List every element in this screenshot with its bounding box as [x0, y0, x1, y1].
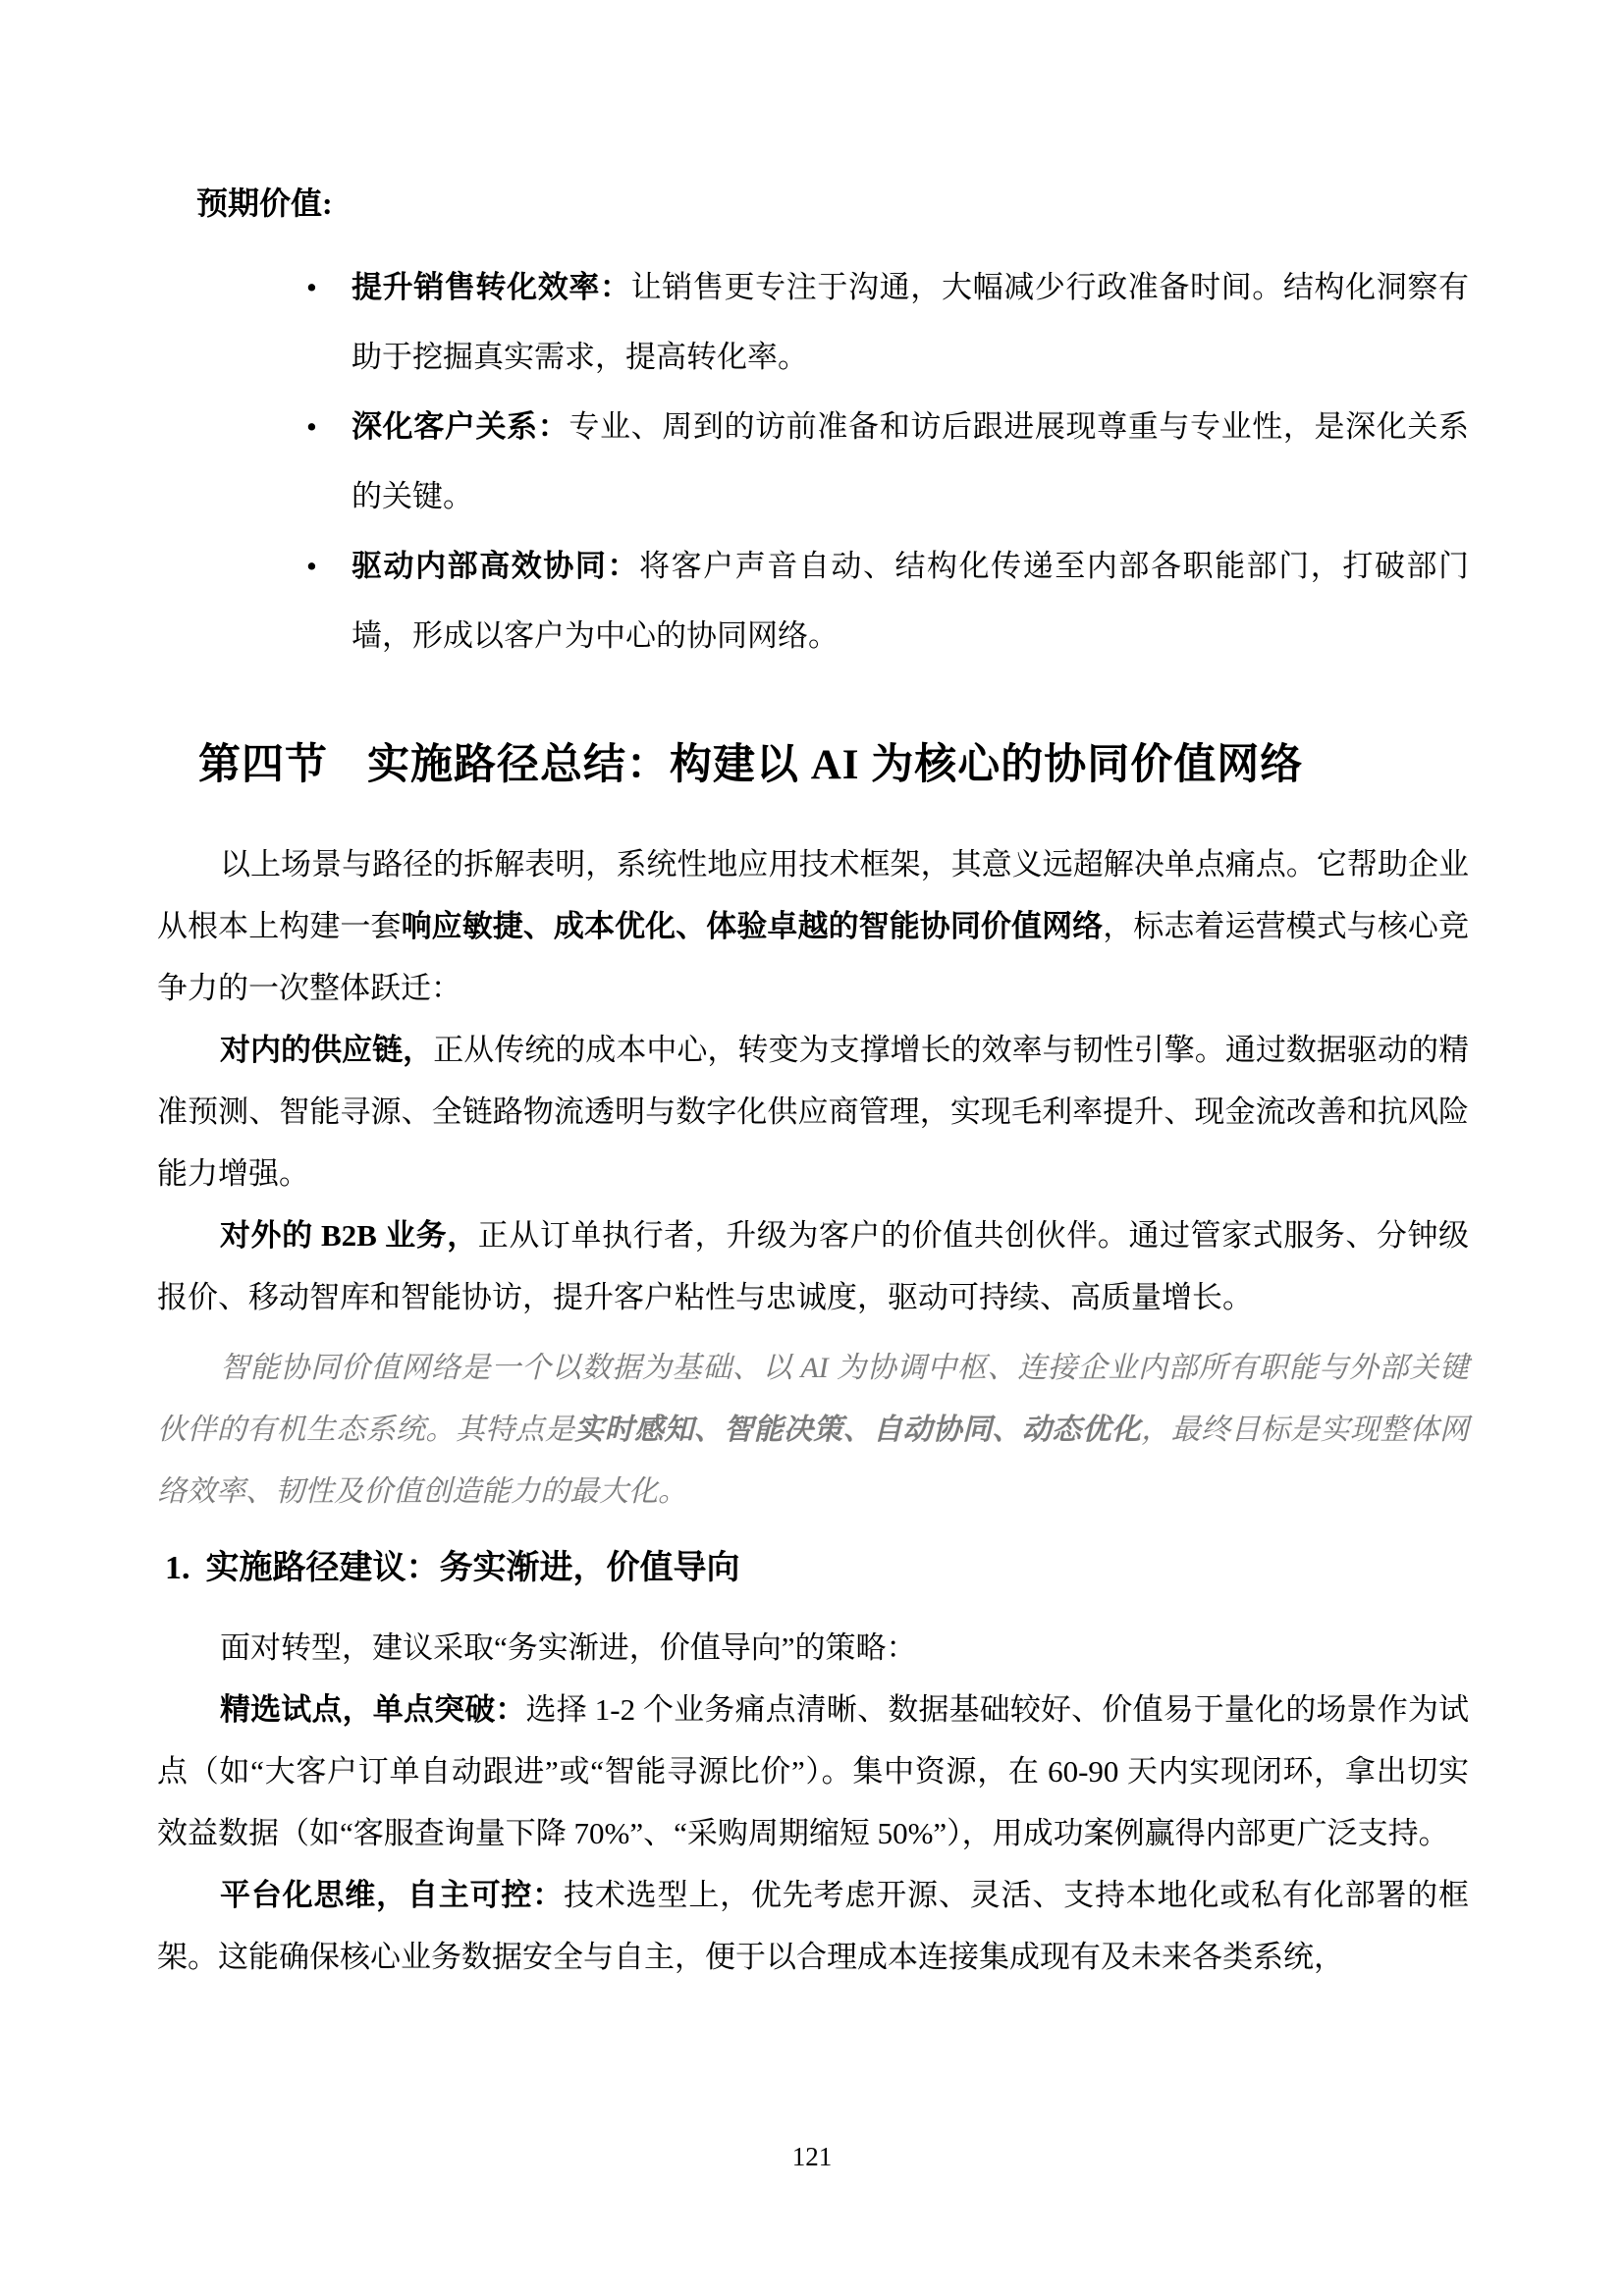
paragraph-platform: 平台化思维，自主可控：技术选型上，优先考虑开源、灵活、支持本地化或私有化部署的框… [157, 1864, 1469, 1988]
expected-value-heading: 预期价值: [157, 182, 1469, 225]
bullet-marker: • [157, 531, 352, 670]
section-number: 第四节 [198, 742, 328, 788]
document-page: 预期价值: • 提升销售转化效率：让销售更专注于沟通，大幅减少行政准备时间。结构… [0, 0, 1624, 2296]
section-title: 实施路径总结：构建以 AI 为核心的协同价值网络 [367, 742, 1303, 788]
bullet-lead: 驱动内部高效协同： [352, 549, 639, 583]
section-heading: 第四节实施路径总结：构建以 AI 为核心的协同价值网络 [157, 737, 1469, 794]
paragraph-b2b: 对外的 B2B 业务，正从订单执行者，升级为客户的价值共创伙伴。通过管家式服务、… [157, 1204, 1469, 1328]
subsection-heading: 1.实施路径建议：务实渐进，价值导向 [157, 1546, 1469, 1591]
subsection-number: 1. [165, 1550, 190, 1586]
bullet-text: 提升销售转化效率：让销售更专注于沟通，大幅减少行政准备时间。结构化洞察有助于挖掘… [352, 252, 1469, 392]
subsection-title: 实施路径建议：务实渐进，价值导向 [206, 1550, 740, 1586]
paragraph-bold-lead: 对内的供应链， [220, 1033, 433, 1067]
bullet-text: 驱动内部高效协同：将客户声音自动、结构化传递至内部各职能部门，打破部门墙，形成以… [352, 531, 1469, 670]
paragraph-note-italic: 智能协同价值网络是一个以数据为基础、以 AI 为协调中枢、连接企业内部所有职能与… [157, 1337, 1469, 1522]
paragraph-bold-lead: 平台化思维，自主可控： [220, 1878, 564, 1912]
paragraph-bold-lead: 精选试点，单点突破： [220, 1692, 526, 1727]
paragraph-overview: 以上场景与路径的拆解表明，系统性地应用技术框架，其意义远超解决单点痛点。它帮助企… [157, 833, 1469, 1019]
bullet-lead: 提升销售转化效率： [352, 270, 631, 304]
paragraph-bold-lead: 对外的 B2B 业务， [220, 1218, 478, 1253]
paragraph-strategy: 面对转型，建议采取“务实渐进，价值导向”的策略： [157, 1617, 1469, 1679]
page-number: 121 [0, 2142, 1624, 2172]
expected-value-list: • 提升销售转化效率：让销售更专注于沟通，大幅减少行政准备时间。结构化洞察有助于… [157, 252, 1469, 670]
page-content: 预期价值: • 提升销售转化效率：让销售更专注于沟通，大幅减少行政准备时间。结构… [157, 0, 1469, 1988]
paragraph-bold-text: 响应敏捷、成本优化、体验卓越的智能协同价值网络 [402, 909, 1104, 943]
paragraph-supply-chain: 对内的供应链，正从传统的成本中心，转变为支撑增长的效率与韧性引擎。通过数据驱动的… [157, 1019, 1469, 1204]
paragraph-bold-text: 实时感知、智能决策、自动协同、动态优化 [574, 1414, 1141, 1446]
bullet-text: 深化客户关系：专业、周到的访前准备和访后跟进展现尊重与专业性，是深化关系的关键。 [352, 392, 1469, 531]
list-item: • 提升销售转化效率：让销售更专注于沟通，大幅减少行政准备时间。结构化洞察有助于… [157, 252, 1469, 392]
list-item: • 深化客户关系：专业、周到的访前准备和访后跟进展现尊重与专业性，是深化关系的关… [157, 392, 1469, 531]
list-item: • 驱动内部高效协同：将客户声音自动、结构化传递至内部各职能部门，打破部门墙，形… [157, 531, 1469, 670]
paragraph-pilot: 精选试点，单点突破：选择 1-2 个业务痛点清晰、数据基础较好、价值易于量化的场… [157, 1679, 1469, 1864]
bullet-lead: 深化客户关系： [352, 409, 568, 444]
bullet-marker: • [157, 252, 352, 392]
bullet-marker: • [157, 392, 352, 531]
